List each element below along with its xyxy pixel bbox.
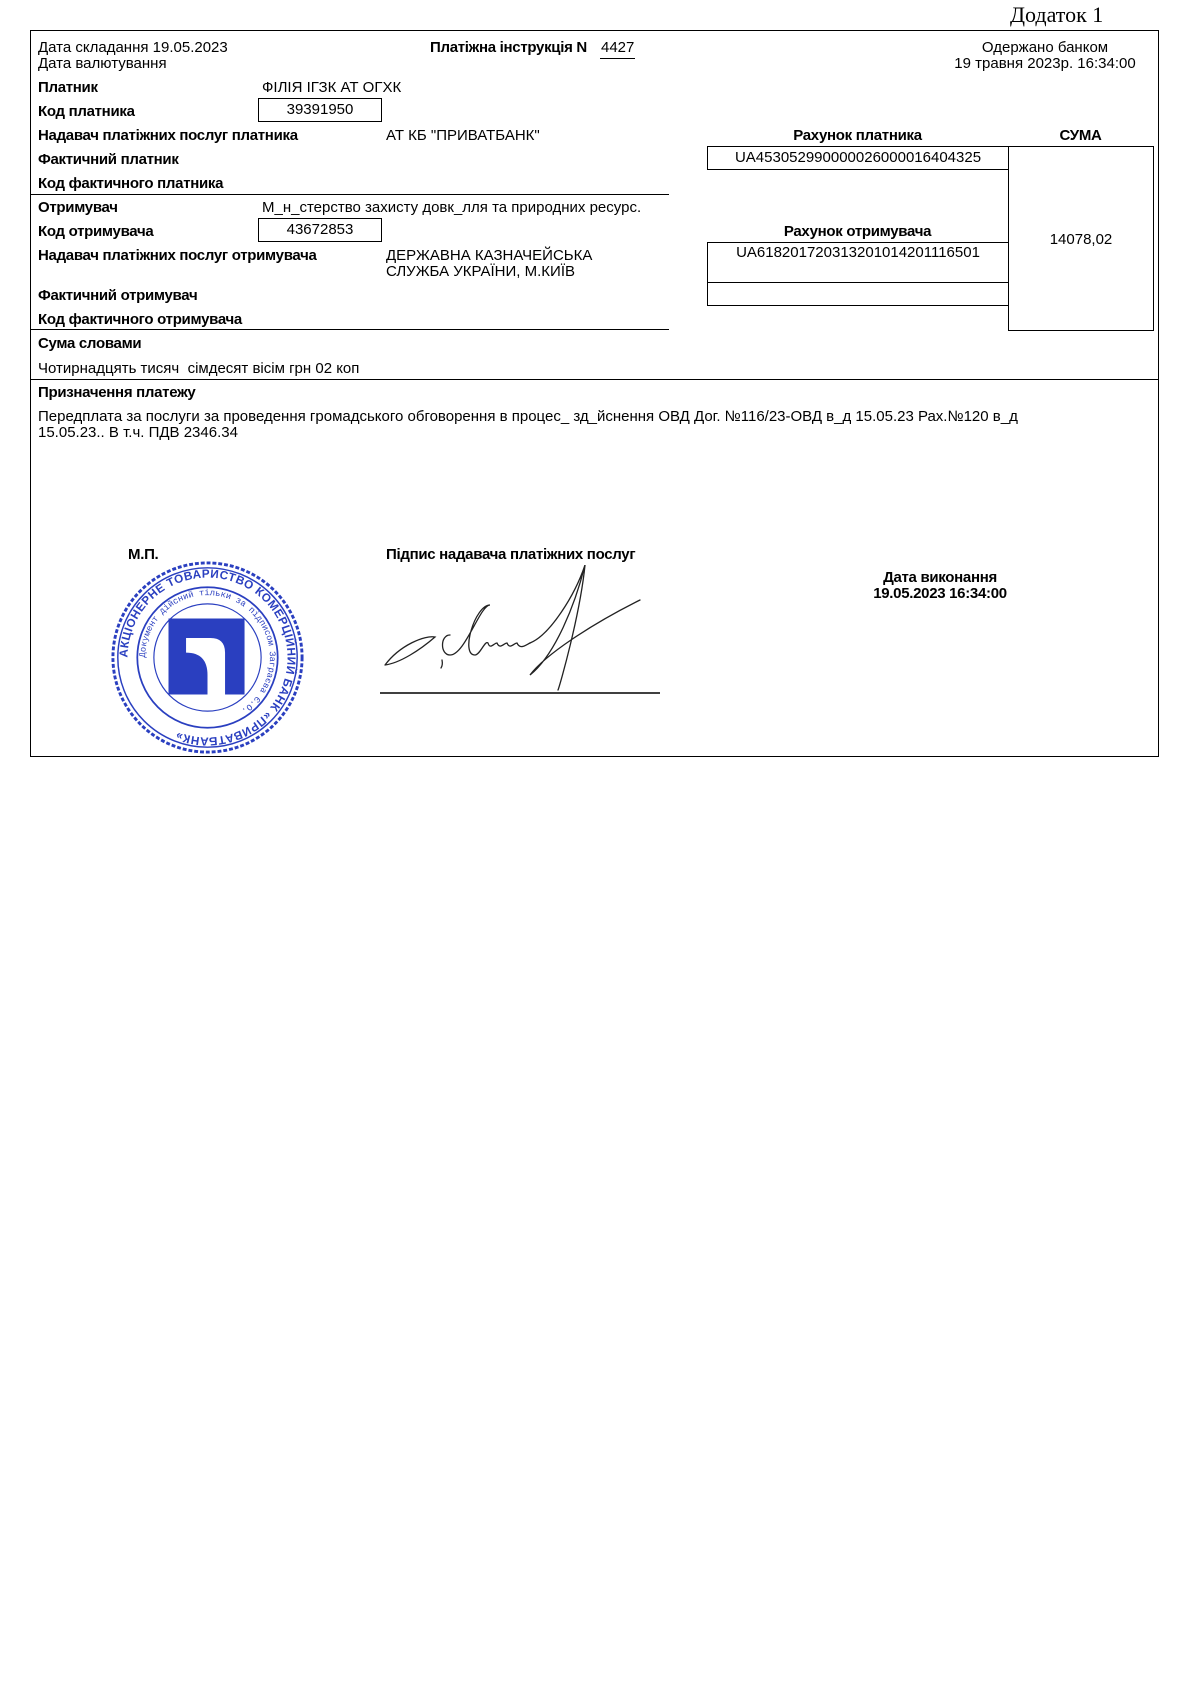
payer-label: Платник	[38, 80, 98, 96]
execution-date-label: Дата виконання	[840, 570, 1040, 586]
payer-account-box: UA453052990000026000016404325	[707, 146, 1009, 170]
instruction-title: Платіжна інструкція N	[430, 40, 587, 56]
actual-payer-code-label: Код фактичного платника	[38, 176, 223, 192]
sum-value: 14078,02	[1050, 232, 1113, 248]
signature-label: Підпис надавача платіжних послуг	[386, 547, 635, 563]
received-by-bank-label: Одержано банком	[940, 40, 1150, 56]
recipient-provider-label: Надавач платіжних послуг отримувача	[38, 248, 317, 264]
recipient-provider-line1: ДЕРЖАВНА КАЗНАЧЕЙСЬКА	[386, 248, 592, 264]
payer-code-label: Код платника	[38, 104, 135, 120]
payer-section-divider	[31, 194, 669, 195]
recipient-account-extra-box	[707, 282, 1009, 306]
amount-words-divider	[31, 379, 1158, 380]
recipient-label: Отримувач	[38, 200, 118, 216]
purpose-line1: Передплата за послуги за проведення гром…	[38, 409, 1018, 425]
amount-words: Чотирнадцять тисяч сімдесят вісім грн 02…	[38, 361, 359, 377]
sum-header: СУМА	[1008, 128, 1153, 144]
recipient-name: М_н_стерство захисту довк_лля та природн…	[262, 200, 641, 216]
payer-name: ФІЛІЯ ІГЗК АТ ОГХК	[262, 80, 401, 96]
recipient-section-divider	[31, 329, 669, 330]
recipient-provider-line2: СЛУЖБА УКРАЇНИ, М.КИЇВ	[386, 264, 575, 280]
privatbank-logo-icon	[169, 619, 245, 695]
recipient-account-label: Рахунок отримувача	[707, 224, 1008, 240]
recipient-code-label: Код отримувача	[38, 224, 153, 240]
date-composed: Дата складання 19.05.2023	[38, 40, 228, 56]
recipient-account-box: UA618201720313201014201116501	[707, 242, 1009, 283]
instruction-label: Платіжна інструкція N	[430, 39, 587, 56]
purpose-label: Призначення платежу	[38, 385, 195, 401]
recipient-code-box: 43672853	[258, 218, 382, 242]
received-by-bank-datetime: 19 травня 2023р. 16:34:00	[940, 56, 1150, 72]
date-composed-value: 19.05.2023	[153, 39, 228, 56]
actual-recipient-code-label: Код фактичного отримувача	[38, 312, 242, 328]
payer-code-box: 39391950	[258, 98, 382, 122]
sum-box: 14078,02	[1008, 146, 1154, 331]
value-date-label: Дата валютування	[38, 56, 167, 72]
date-composed-label: Дата складання	[38, 39, 149, 56]
actual-recipient-label: Фактичний отримувач	[38, 288, 197, 304]
payer-provider: АТ КБ "ПРИВАТБАНК"	[386, 128, 540, 144]
instruction-number: 4427	[600, 40, 635, 59]
appendix-label: Додаток 1	[1010, 2, 1103, 28]
amount-words-label: Сума словами	[38, 336, 141, 352]
signature-icon	[380, 565, 660, 695]
purpose-line2: 15.05.23.. В т.ч. ПДВ 2346.34	[38, 425, 238, 441]
bank-stamp-icon: АКЦІОНЕРНЕ ТОВАРИСТВО КОМЕРЦІЙНИЙ БАНК «…	[110, 560, 305, 755]
payer-provider-label: Надавач платіжних послуг платника	[38, 128, 298, 144]
payer-account-label: Рахунок платника	[707, 128, 1008, 144]
execution-datetime: 19.05.2023 16:34:00	[840, 586, 1040, 602]
actual-payer-label: Фактичний платник	[38, 152, 179, 168]
